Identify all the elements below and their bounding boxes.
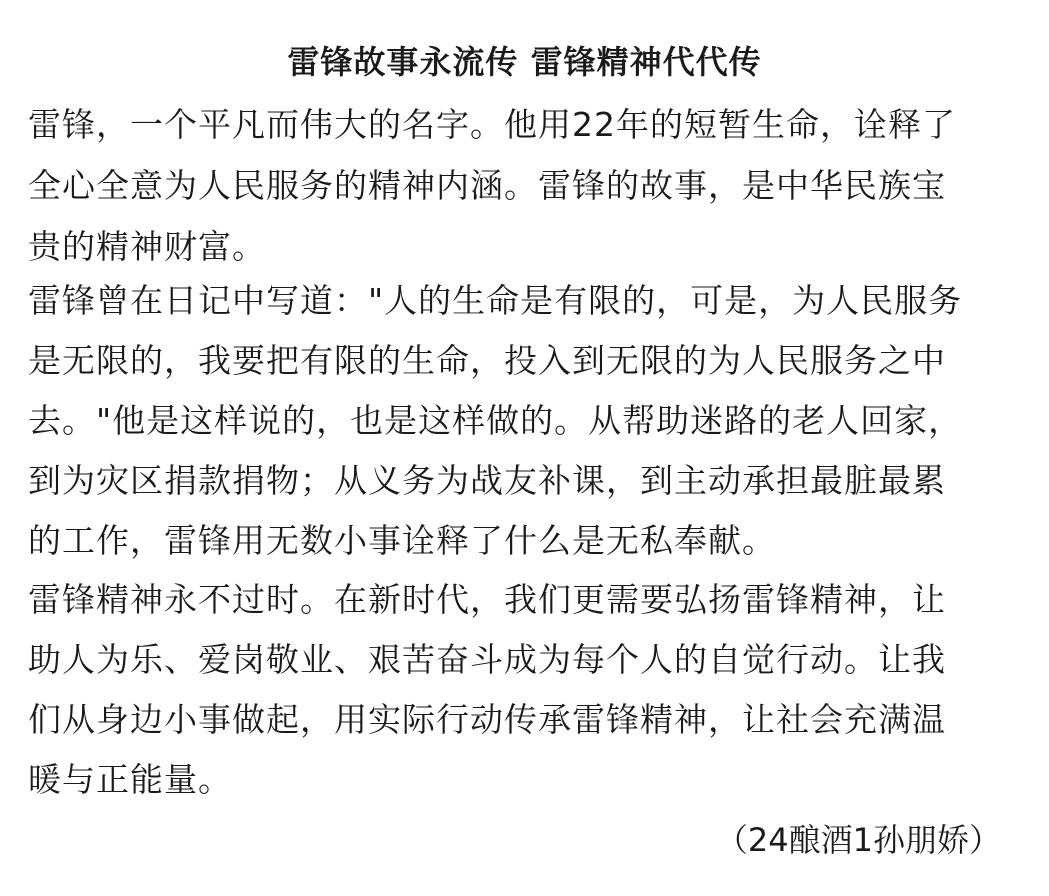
paragraph-3-line-1: 雷锋精神永不过时。在新时代，我们更需要弘扬雷锋精神，让 — [28, 576, 946, 624]
paragraph-1-line-1: 雷锋，一个平凡而伟大的名字。他用22年的短暂生命，诠释了 — [28, 101, 956, 149]
paragraph-2-line-4: 到为灾区捐款捐物；从义务为战友补课，到主动承担最脏最累 — [28, 457, 946, 505]
paragraph-3-line-4: 暖与正能量。 — [28, 756, 232, 804]
paragraph-1-line-2: 全心全意为人民服务的精神内涵。雷锋的故事，是中华民族宝 — [28, 162, 946, 210]
author-signature: （24酿酒1孙朋娇） — [716, 816, 1001, 864]
paragraph-2-line-3: 去。"他是这样说的，也是这样做的。从帮助迷路的老人回家， — [28, 397, 962, 445]
paragraph-1-line-3: 贵的精神财富。 — [28, 223, 266, 271]
paragraph-2-line-1: 雷锋曾在日记中写道："人的生命是有限的，可是，为人民服务 — [28, 277, 962, 325]
article-title: 雷锋故事永流传 雷锋精神代代传 — [0, 38, 1049, 86]
paragraph-3-line-2: 助人为乐、爱岗敬业、艰苦奋斗成为每个人的自觉行动。让我 — [28, 636, 946, 684]
paragraph-2-line-2: 是无限的，我要把有限的生命，投入到无限的为人民服务之中 — [28, 337, 946, 385]
paragraph-3-line-3: 们从身边小事做起，用实际行动传承雷锋精神，让社会充满温 — [28, 696, 946, 744]
paragraph-2-line-5: 的工作，雷锋用无数小事诠释了什么是无私奉献。 — [28, 517, 776, 565]
